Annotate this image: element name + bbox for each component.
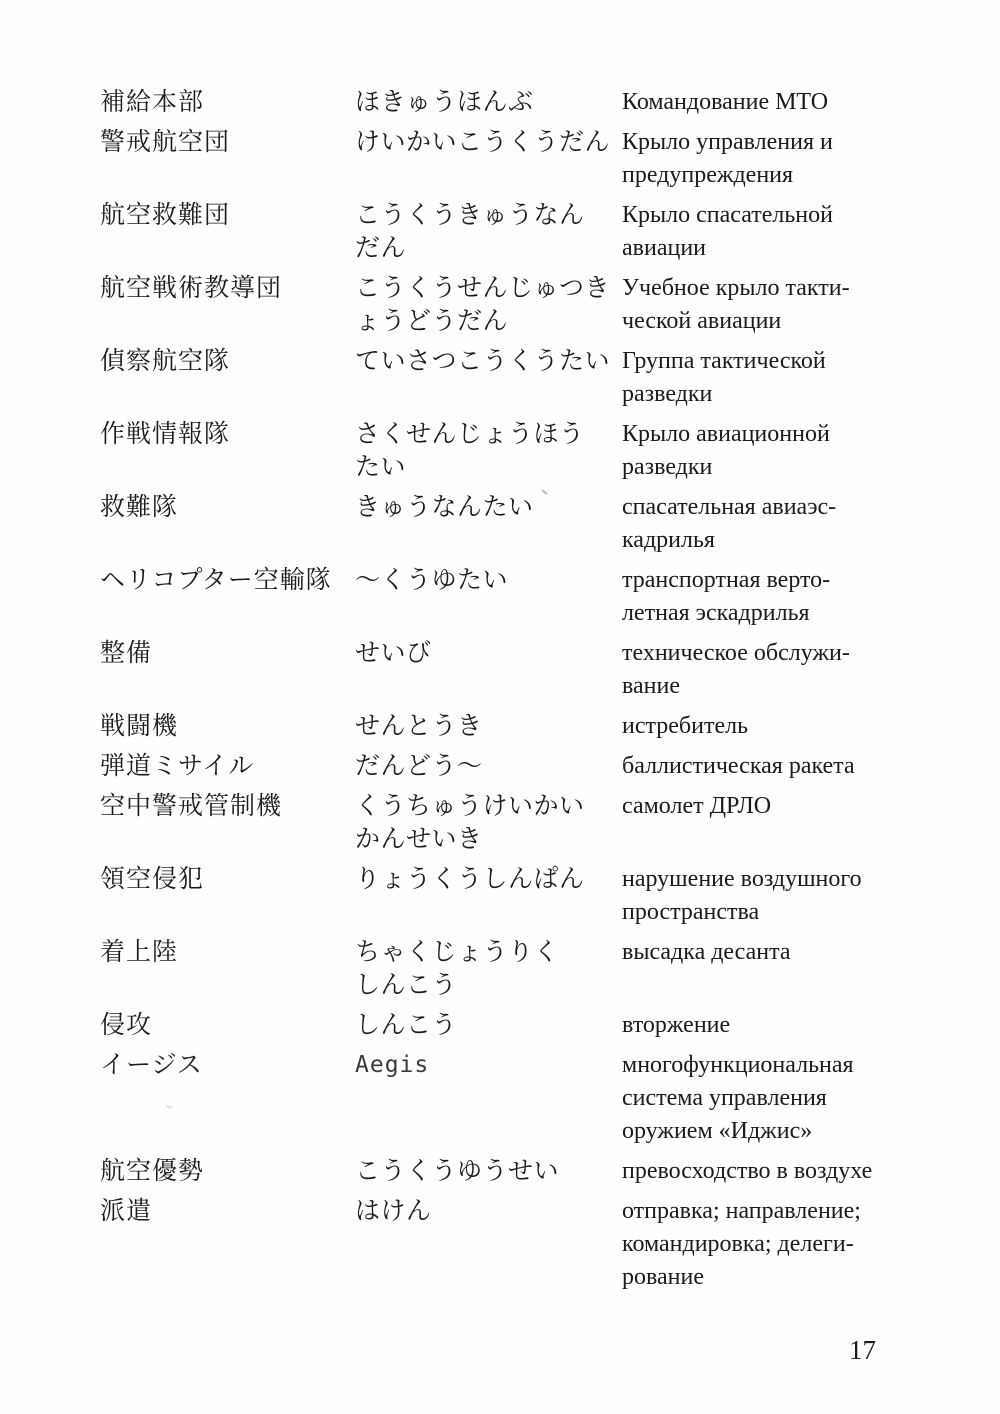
russian-translation: Группа тактической разведки: [622, 345, 910, 411]
russian-translation: Командование МТО: [622, 86, 910, 119]
kana-reading: せんとうき: [355, 710, 622, 743]
russian-translation: истребитель: [622, 710, 910, 743]
russian-translation: высадка десанта: [622, 936, 910, 1002]
japanese-term: 派遣: [100, 1195, 355, 1294]
kana-reading: こうくうきゅうなん だん: [355, 199, 622, 265]
kana-reading: さくせんじょうほう たい: [355, 418, 622, 484]
russian-translation: Крыло авиационной разведки: [622, 418, 910, 484]
glossary-row: 弾道ミサイル だんどう～ баллистическая ракета: [100, 750, 910, 783]
russian-translation: Учебное крыло такти- ческой авиации: [622, 272, 910, 338]
japanese-term: 整備: [100, 637, 355, 703]
glossary-row: 戦闘機 せんとうき истребитель: [100, 710, 910, 743]
kana-reading: はけん: [355, 1195, 622, 1294]
japanese-term: 偵察航空隊: [100, 345, 355, 411]
kana-reading: ほきゅうほんぶ: [355, 86, 622, 119]
glossary-row: 補給本部 ほきゅうほんぶ Командование МТО: [100, 86, 910, 119]
page-number: 17: [849, 1334, 876, 1367]
glossary-row: 作戦情報隊 さくせんじょうほう たい Крыло авиационной раз…: [100, 418, 910, 484]
russian-translation: многофункциональная система управления о…: [622, 1049, 910, 1148]
kana-reading: せいび: [355, 637, 622, 703]
kana-reading: くうちゅうけいかい かんせいき: [355, 790, 622, 856]
russian-translation: Крыло управления и предупреждения: [622, 126, 910, 192]
japanese-term: 航空救難団: [100, 199, 355, 265]
russian-translation: отправка; направление; командировка; дел…: [622, 1195, 910, 1294]
kana-reading: りょうくうしんぱん: [355, 863, 622, 929]
glossary-table: 補給本部 ほきゅうほんぶ Командование МТО 警戒航空団 けいかい…: [100, 86, 910, 1301]
kana-reading: だんどう～: [355, 750, 622, 783]
glossary-row: 整備 せいび техническое обслужи- вание: [100, 637, 910, 703]
russian-translation: техническое обслужи- вание: [622, 637, 910, 703]
japanese-term: 着上陸: [100, 936, 355, 1002]
kana-reading: Aegis: [355, 1049, 622, 1148]
japanese-term: 弾道ミサイル: [100, 750, 355, 783]
japanese-term: 航空戦術教導団: [100, 272, 355, 338]
glossary-row: 領空侵犯 りょうくうしんぱん нарушение воздушного прос…: [100, 863, 910, 929]
kana-reading: ていさつこうくうたい: [355, 345, 622, 411]
russian-translation: нарушение воздушного пространства: [622, 863, 910, 929]
scanned-page: 補給本部 ほきゅうほんぶ Командование МТО 警戒航空団 けいかい…: [0, 0, 1000, 1414]
kana-reading: しんこう: [355, 1009, 622, 1042]
glossary-row: 空中警戒管制機 くうちゅうけいかい かんせいき самолет ДРЛО: [100, 790, 910, 856]
russian-translation: транспортная верто- летная эскадрилья: [622, 564, 910, 630]
japanese-term: 警戒航空団: [100, 126, 355, 192]
glossary-row: 侵攻 しんこう вторжение: [100, 1009, 910, 1042]
russian-translation: Крыло спасательной авиации: [622, 199, 910, 265]
glossary-row: 偵察航空隊 ていさつこうくうたい Группа тактической разв…: [100, 345, 910, 411]
russian-translation: баллистическая ракета: [622, 750, 910, 783]
russian-translation: вторжение: [622, 1009, 910, 1042]
japanese-term: 救難隊: [100, 491, 355, 557]
glossary-row: 派遣 はけん отправка; направление; командиров…: [100, 1195, 910, 1294]
kana-reading: ～くうゆたい: [355, 564, 622, 630]
russian-translation: спасательная авиаэс- кадрилья: [622, 491, 910, 557]
japanese-term: イージス: [100, 1049, 355, 1148]
glossary-row: 救難隊 きゅうなんたい спасательная авиаэс- кадриль…: [100, 491, 910, 557]
japanese-term: 補給本部: [100, 86, 355, 119]
japanese-term: 空中警戒管制機: [100, 790, 355, 856]
glossary-row: 航空戦術教導団 こうくうせんじゅつき ょうどうだん Учебное крыло …: [100, 272, 910, 338]
kana-reading: こうくうゆうせい: [355, 1155, 622, 1188]
kana-reading: こうくうせんじゅつき ょうどうだん: [355, 272, 622, 338]
russian-translation: самолет ДРЛО: [622, 790, 910, 856]
glossary-row: 航空優勢 こうくうゆうせい превосходство в воздухе: [100, 1155, 910, 1188]
japanese-term: 戦闘機: [100, 710, 355, 743]
japanese-term: 作戦情報隊: [100, 418, 355, 484]
kana-reading: ちゃくじょうりく しんこう: [355, 936, 622, 1002]
japanese-term: 領空侵犯: [100, 863, 355, 929]
glossary-row: イージス Aegis многофункциональная система у…: [100, 1049, 910, 1148]
kana-reading: けいかいこうくうだん: [355, 126, 622, 192]
japanese-term: ヘリコプター空輸隊: [100, 564, 355, 630]
glossary-row: 航空救難団 こうくうきゅうなん だん Крыло спасательной ав…: [100, 199, 910, 265]
glossary-row: 着上陸 ちゃくじょうりく しんこう высадка десанта: [100, 936, 910, 1002]
japanese-term: 侵攻: [100, 1009, 355, 1042]
kana-reading: きゅうなんたい: [355, 491, 622, 557]
japanese-term: 航空優勢: [100, 1155, 355, 1188]
russian-translation: превосходство в воздухе: [622, 1155, 910, 1188]
glossary-row: 警戒航空団 けいかいこうくうだん Крыло управления и пред…: [100, 126, 910, 192]
glossary-row: ヘリコプター空輸隊 ～くうゆたい транспортная верто- лет…: [100, 564, 910, 630]
